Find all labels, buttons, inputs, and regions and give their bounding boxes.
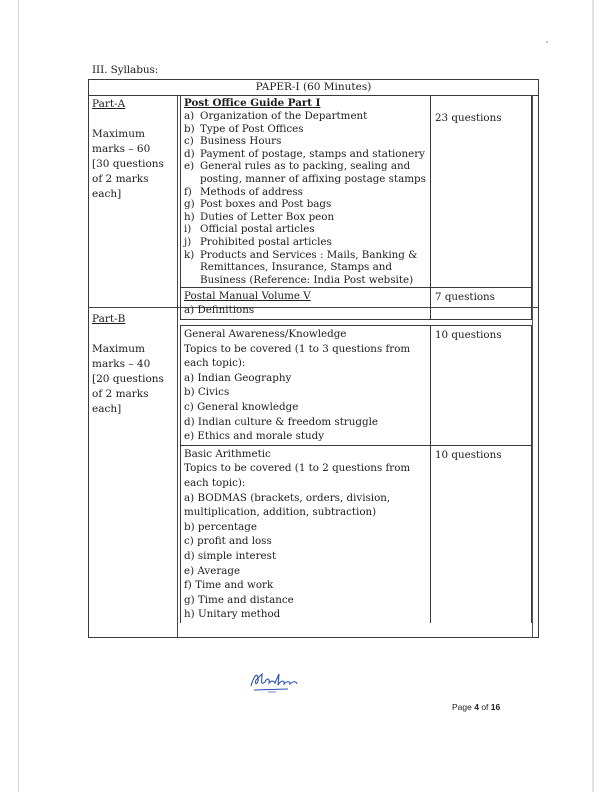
topic-marker: f)	[184, 186, 200, 199]
subsection-row: Postal Manual Volume V a) Definitions 7 …	[181, 287, 531, 319]
topic-item: b) percentage	[184, 520, 427, 535]
subsection-title: General Awareness/Knowledge	[184, 327, 427, 342]
topic-item: e)General rules as to packing, sealing a…	[184, 160, 427, 185]
subsection-title: Post Office Guide Part I	[184, 96, 427, 110]
topic-text: profit and loss	[197, 535, 272, 547]
part-b-subsections: General Awareness/Knowledge Topics to be…	[180, 325, 532, 623]
marks-line: [20 questions	[92, 372, 164, 387]
topic-marker: b)	[184, 123, 200, 136]
topic-text: General knowledge	[197, 401, 298, 413]
topic-marker: a)	[184, 110, 200, 123]
topic-text: simple interest	[198, 550, 276, 562]
marks-line: marks – 40	[92, 357, 164, 372]
page-prefix: Page	[452, 702, 474, 712]
topics-note: Topics to be covered (1 to 2 questions f…	[184, 461, 427, 490]
topic-marker: c)	[184, 535, 197, 547]
topic-marker: d)	[184, 550, 198, 562]
topic-marker: j)	[184, 236, 200, 249]
subsection-title: Basic Arithmetic	[184, 447, 427, 462]
topic-text: Time and work	[195, 579, 273, 591]
subsection-content: General Awareness/Knowledge Topics to be…	[181, 326, 431, 445]
topic-list: a)Organization of the Departmentb)Type o…	[184, 110, 427, 286]
topic-item: k)Products and Services : Mails, Banking…	[184, 249, 427, 287]
marks-line: Maximum	[92, 127, 164, 142]
topics-note: Topics to be covered (1 to 3 questions f…	[184, 342, 427, 371]
topic-item: f) Time and work	[184, 578, 427, 593]
topic-item: b) Civics	[184, 385, 427, 400]
part-a-label: Part-A	[92, 97, 164, 112]
question-count: 23 questions	[431, 95, 531, 287]
topic-text: Average	[197, 565, 240, 577]
marks-line: [30 questions	[92, 157, 164, 172]
topic-marker: a)	[184, 372, 197, 384]
topic-item: g)Post boxes and Post bags	[184, 198, 427, 211]
topic-item: h) Unitary method	[184, 607, 427, 622]
topic-marker: d)	[184, 148, 200, 161]
marks-line: marks – 60	[92, 142, 164, 157]
marks-line: of 2 marks	[92, 387, 164, 402]
topic-text: General rules as to packing, sealing and…	[200, 160, 426, 185]
topic-text: Payment of postage, stamps and stationer…	[200, 148, 425, 160]
topic-text: Definitions	[197, 304, 254, 316]
topic-text: Methods of address	[200, 186, 303, 198]
topic-text: Official postal articles	[200, 223, 315, 235]
topic-marker: c)	[184, 135, 200, 148]
topic-marker: b)	[184, 386, 198, 398]
subsection-content: Basic Arithmetic Topics to be covered (1…	[181, 446, 431, 623]
topic-item: c)Business Hours	[184, 135, 427, 148]
subsection-content: Post Office Guide Part I a)Organization …	[181, 95, 431, 287]
part-b-marks: Maximum marks – 40 [20 questions of 2 ma…	[92, 342, 164, 417]
topic-list: a) Indian Geographyb) Civicsc) General k…	[184, 371, 427, 444]
topic-marker: g)	[184, 198, 200, 211]
topic-item: d)Payment of postage, stamps and station…	[184, 148, 427, 161]
topic-marker: e)	[184, 430, 197, 442]
topic-marker: d)	[184, 416, 198, 428]
part-b-info: Part-B Maximum marks – 40 [20 questions …	[92, 312, 164, 417]
topic-marker: c)	[184, 401, 197, 413]
page-middle: of	[479, 702, 491, 712]
topic-text: Type of Post Offices	[200, 123, 304, 135]
topic-text: Time and distance	[198, 594, 294, 606]
topic-item: a) Indian Geography	[184, 371, 427, 386]
topic-item: c) General knowledge	[184, 400, 427, 415]
topic-item: e) Average	[184, 564, 427, 579]
marks-line: Maximum	[92, 342, 164, 357]
topic-list: a) BODMAS (brackets, orders, division, m…	[184, 491, 427, 622]
topic-list: a) Definitions	[184, 303, 427, 318]
question-count: 10 questions	[431, 446, 531, 623]
scan-speck	[546, 41, 548, 43]
question-count: 7 questions	[431, 288, 531, 319]
topic-text: Ethics and morale study	[197, 430, 324, 442]
marks-line: each]	[92, 402, 164, 417]
subsection-content: Postal Manual Volume V a) Definitions	[181, 288, 431, 319]
part-a-subsections: Post Office Guide Part I a)Organization …	[180, 95, 532, 320]
topic-item: i)Official postal articles	[184, 223, 427, 236]
topic-item: a)Organization of the Department	[184, 110, 427, 123]
topic-item: a) BODMAS (brackets, orders, division, m…	[184, 491, 427, 520]
topic-marker: b)	[184, 521, 198, 533]
page-number: Page 4 of 16	[452, 702, 500, 712]
topic-marker: i)	[184, 223, 200, 236]
subsection-row: Basic Arithmetic Topics to be covered (1…	[181, 445, 531, 623]
topic-item: j)Prohibited postal articles	[184, 236, 427, 249]
subsection-row: Post Office Guide Part I a)Organization …	[181, 95, 531, 287]
question-count: 10 questions	[431, 326, 531, 445]
topic-text: Business Hours	[200, 135, 281, 147]
signature-icon	[248, 668, 308, 694]
topic-item: e) Ethics and morale study	[184, 429, 427, 444]
topic-text: Indian culture & freedom struggle	[198, 416, 378, 428]
topic-text: Civics	[198, 386, 229, 398]
page-edge-right	[592, 0, 594, 792]
subsection-title: Postal Manual Volume V	[184, 289, 427, 303]
marks-line: each]	[92, 187, 164, 202]
topic-text: Post boxes and Post bags	[200, 198, 331, 210]
page-total: 16	[491, 702, 500, 712]
topic-item: f)Methods of address	[184, 186, 427, 199]
topic-marker: h)	[184, 211, 200, 224]
topic-marker: e)	[184, 565, 197, 577]
topic-marker: e)	[184, 160, 200, 173]
part-a-marks: Maximum marks – 60 [30 questions of 2 ma…	[92, 127, 164, 202]
page-edge-left	[18, 0, 19, 792]
topic-item: h)Duties of Letter Box peon	[184, 211, 427, 224]
topic-text: BODMAS (brackets, orders, division, mult…	[184, 492, 390, 519]
topic-marker: a)	[184, 492, 197, 504]
marks-line: of 2 marks	[92, 172, 164, 187]
topic-item: b)Type of Post Offices	[184, 123, 427, 136]
topic-text: Duties of Letter Box peon	[200, 211, 334, 223]
syllabus-table: PAPER-I (60 Minutes) Part-A Maximum mark…	[88, 79, 539, 638]
subsection-row: General Awareness/Knowledge Topics to be…	[181, 326, 531, 445]
topic-marker: h)	[184, 608, 198, 620]
topic-item: g) Time and distance	[184, 593, 427, 608]
topic-item: a) Definitions	[184, 303, 427, 318]
topic-item: c) profit and loss	[184, 534, 427, 549]
topic-marker: k)	[184, 249, 200, 262]
topic-item: d) Indian culture & freedom struggle	[184, 415, 427, 430]
topic-text: Prohibited postal articles	[200, 236, 332, 248]
topic-marker: g)	[184, 594, 198, 606]
topic-item: d) simple interest	[184, 549, 427, 564]
column-divider	[177, 95, 178, 638]
topic-text: Organization of the Department	[200, 110, 367, 122]
right-border-double	[532, 95, 533, 638]
topic-text: Unitary method	[198, 608, 280, 620]
topic-text: percentage	[198, 521, 257, 533]
paper-title: PAPER-I (60 Minutes)	[89, 80, 538, 96]
topic-text: Indian Geography	[197, 372, 291, 384]
topic-marker: f)	[184, 579, 195, 591]
section-heading: III. Syllabus:	[92, 64, 158, 76]
part-b-label: Part-B	[92, 312, 164, 327]
part-a-info: Part-A Maximum marks – 60 [30 questions …	[92, 97, 164, 202]
topic-text: Products and Services : Mails, Banking &…	[200, 249, 417, 286]
topic-marker: a)	[184, 304, 197, 316]
